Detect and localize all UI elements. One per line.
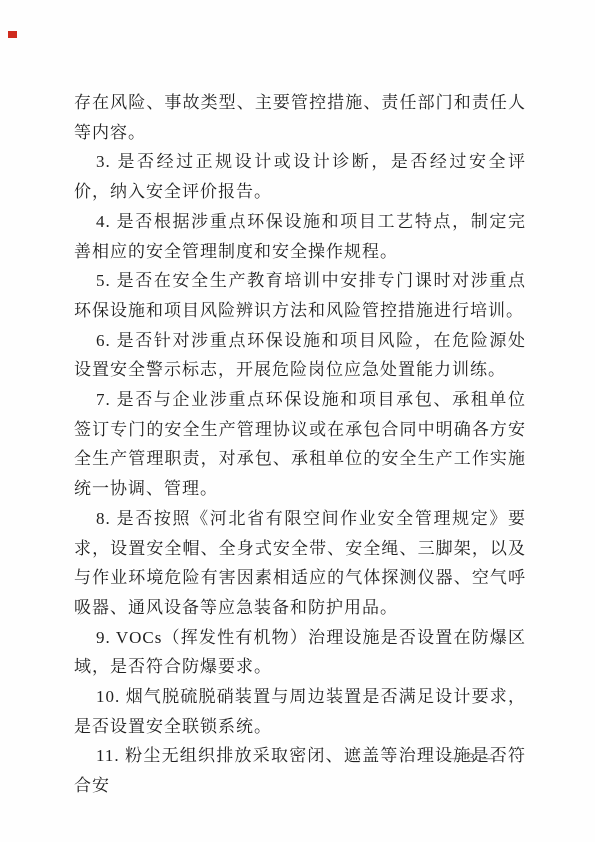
document-body: 存在风险、事故类型、主要管控措施、责任部门和责任人等内容。3. 是否经过正规设计… bbox=[74, 88, 526, 801]
paragraph: 4. 是否根据涉重点环保设施和项目工艺特点，制定完善相应的安全管理制度和安全操作… bbox=[74, 207, 526, 266]
paragraph: 8. 是否按照《河北省有限空间作业安全管理规定》要求，设置安全帽、全身式安全带、… bbox=[74, 504, 526, 623]
paragraph: 6. 是否针对涉重点环保设施和项目风险，在危险源处设置安全警示标志，开展危险岗位… bbox=[74, 326, 526, 385]
paragraph: 存在风险、事故类型、主要管控措施、责任部门和责任人等内容。 bbox=[74, 88, 526, 147]
red-stamp-mark bbox=[8, 31, 17, 38]
paragraph: 5. 是否在安全生产教育培训中安排专门课时对涉重点环保设施和项目风险辨识方法和风… bbox=[74, 266, 526, 325]
paragraph: 3. 是否经过正规设计或设计诊断，是否经过安全评价，纳入安全评价报告。 bbox=[74, 147, 526, 206]
paragraph: 9. VOCs（挥发性有机物）治理设施是否设置在防爆区域，是否符合防爆要求。 bbox=[74, 623, 526, 682]
page-number: — 3 — bbox=[448, 750, 497, 766]
paragraph: 10. 烟气脱硫脱硝装置与周边装置是否满足设计要求，是否设置安全联锁系统。 bbox=[74, 682, 526, 741]
paragraph: 7. 是否与企业涉重点环保设施和项目承包、承租单位签订专门的安全生产管理协议或在… bbox=[74, 385, 526, 504]
document-page: 存在风险、事故类型、主要管控措施、责任部门和责任人等内容。3. 是否经过正规设计… bbox=[0, 0, 595, 842]
